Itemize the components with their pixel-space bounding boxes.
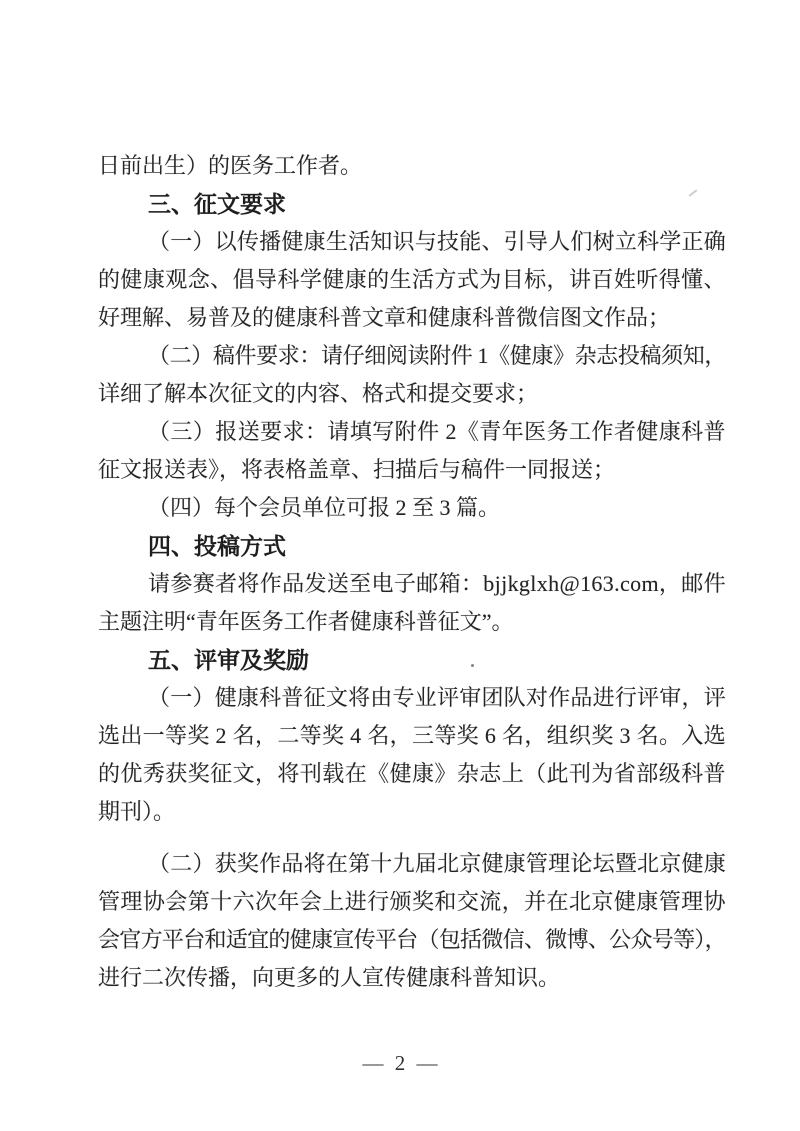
text-line: 日前出生）的医务工作者。 [98, 147, 726, 185]
section-heading-submission: 四、投稿方式 [98, 527, 726, 565]
text-line: 征文报送表》，将表格盖章、扫描后与稿件一同报送； [98, 451, 726, 489]
paragraph: （一）以传播健康生活知识与技能、引导人们树立科学正确 的健康观念、倡导科学健康的… [98, 223, 726, 337]
text-line: 的优秀获奖征文，将刊载在《健康》杂志上（此刊为省部级科普 [98, 755, 726, 793]
text-line: 详细了解本次征文的内容、格式和提交要求； [98, 375, 726, 413]
scanned-document-page: 日前出生）的医务工作者。 三、征文要求 （一）以传播健康生活知识与技能、引导人们… [0, 0, 800, 1131]
text-line: （一）以传播健康生活知识与技能、引导人们树立科学正确 [98, 223, 726, 261]
text-line: 选出一等奖 2 名，二等奖 4 名，三等奖 6 名，组织奖 3 名。入选 [98, 717, 726, 755]
document-body: 日前出生）的医务工作者。 三、征文要求 （一）以传播健康生活知识与技能、引导人们… [98, 147, 726, 997]
page-footer: — 2 — [0, 1044, 800, 1082]
paragraph: 请参赛者将作品发送至电子邮箱：bjjkglxh@163.com，邮件 主题注明“… [98, 565, 726, 641]
paragraph: （一）健康科普征文将由专业评审团队对作品进行评审，评 选出一等奖 2 名，二等奖… [98, 679, 726, 831]
text-line: （二）稿件要求：请仔细阅读附件 1《健康》杂志投稿须知， [98, 337, 726, 375]
text-line: 的健康观念、倡导科学健康的生活方式为目标，讲百姓听得懂、 [98, 261, 726, 299]
text-line: （四）每个会员单位可报 2 至 3 篇。 [98, 489, 726, 527]
text-line: 进行二次传播，向更多的人宣传健康科普知识。 [98, 959, 726, 997]
text-line-with-email: 请参赛者将作品发送至电子邮箱：bjjkglxh@163.com，邮件 [98, 565, 726, 603]
page-number: — 2 — [363, 1051, 438, 1075]
section-heading-awards: 五、评审及奖励 [98, 641, 726, 679]
paragraph: （四）每个会员单位可报 2 至 3 篇。 [98, 489, 726, 527]
text-line: （三）报送要求：请填写附件 2《青年医务工作者健康科普 [98, 413, 726, 451]
text-line: （一）健康科普征文将由专业评审团队对作品进行评审，评 [98, 679, 726, 717]
section-heading-requirements: 三、征文要求 [98, 185, 726, 223]
text-line: （二）获奖作品将在第十九届北京健康管理论坛暨北京健康 [98, 845, 726, 883]
text-line: 好理解、易普及的健康科普文章和健康科普微信图文作品； [98, 299, 726, 337]
text-line: 会官方平台和适宜的健康宣传平台（包括微信、微博、公众号等）， [98, 921, 726, 959]
paragraph: （二）获奖作品将在第十九届北京健康管理论坛暨北京健康 管理协会第十六次年会上进行… [98, 845, 726, 997]
paragraph: （三）报送要求：请填写附件 2《青年医务工作者健康科普 征文报送表》，将表格盖章… [98, 413, 726, 489]
text-line: 期刊）。 [98, 793, 726, 831]
paragraph: （二）稿件要求：请仔细阅读附件 1《健康》杂志投稿须知， 详细了解本次征文的内容… [98, 337, 726, 413]
text-line: 主题注明“青年医务工作者健康科普征文”。 [98, 603, 726, 641]
text-line: 管理协会第十六次年会上进行颁奖和交流，并在北京健康管理协 [98, 883, 726, 921]
